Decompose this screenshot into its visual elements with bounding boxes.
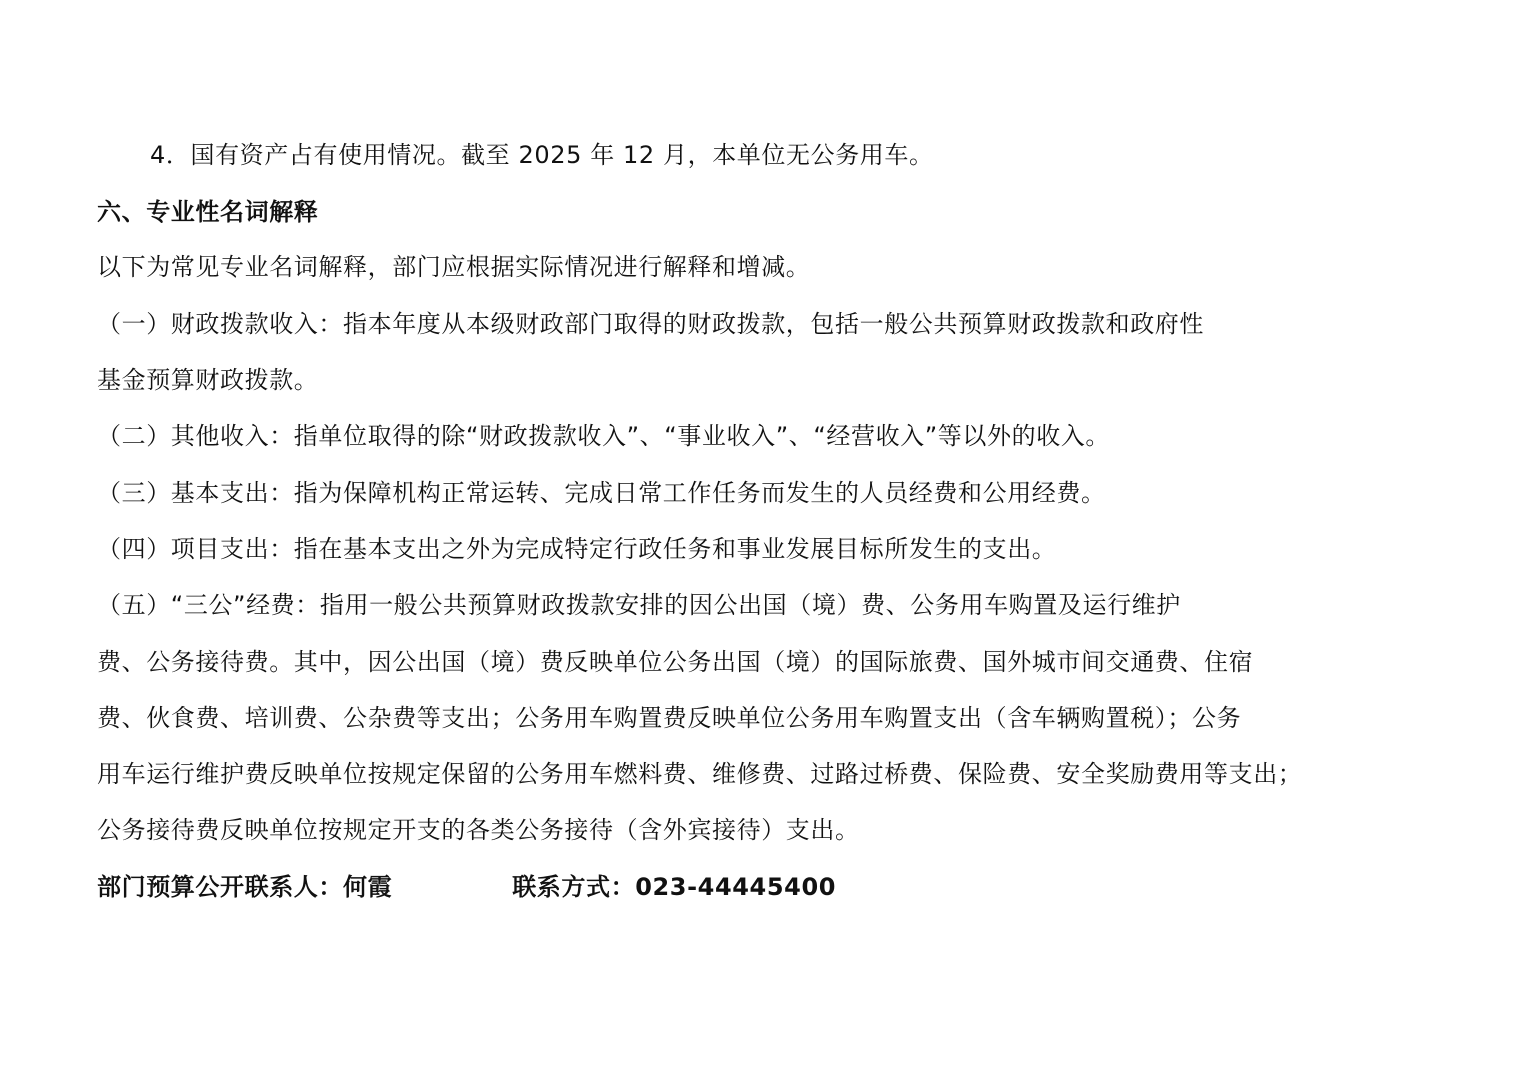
term-5-line-4: 用车运行维护费反映单位按规定保留的公务用车燃料费、维修费、过路过桥费、保险费、安… [97,759,1302,789]
item-4-state-assets: 4．国有资产占有使用情况。截至 2025 年 12 月，本单位无公务用车。 [150,140,934,170]
term-5-line-2: 费、公务接待费。其中，因公出国（境）费反映单位公务出国（境）的国际旅费、国外城市… [97,647,1253,677]
term-5-line-3: 费、伙食费、培训费、公杂费等支出；公务用车购置费反映单位公务用车购置支出（含车辆… [97,703,1241,733]
term-2-line-1: （二）其他收入：指单位取得的除“财政拨款收入”、“事业收入”、“经营收入”等以外… [97,421,1110,451]
document-page: 4．国有资产占有使用情况。截至 2025 年 12 月，本单位无公务用车。 六、… [0,0,1520,1074]
contact-person-label: 部门预算公开联系人： [97,873,343,901]
contact-line: 部门预算公开联系人：何霞联系方式：023-44445400 [97,872,836,902]
contact-method-label: 联系方式： [512,873,635,901]
contact-phone: 023-44445400 [635,873,836,901]
section-heading-terms: 六、专业性名词解释 [97,197,318,227]
term-5-line-5: 公务接待费反映单位按规定开支的各类公务接待（含外宾接待）支出。 [97,815,860,845]
term-1-line-1: （一）财政拨款收入：指本年度从本级财政部门取得的财政拨款，包括一般公共预算财政拨… [97,309,1204,339]
contact-person-name: 何霞 [343,873,392,901]
term-4-line-1: （四）项目支出：指在基本支出之外为完成特定行政任务和事业发展目标所发生的支出。 [97,534,1056,564]
term-1-line-2: 基金预算财政拨款。 [97,365,318,395]
terms-intro: 以下为常见专业名词解释，部门应根据实际情况进行解释和增减。 [97,252,810,282]
term-5-line-1: （五）“三公”经费：指用一般公共预算财政拨款安排的因公出国（境）费、公务用车购置… [97,590,1181,620]
term-3-line-1: （三）基本支出：指为保障机构正常运转、完成日常工作任务而发生的人员经费和公用经费… [97,478,1106,508]
